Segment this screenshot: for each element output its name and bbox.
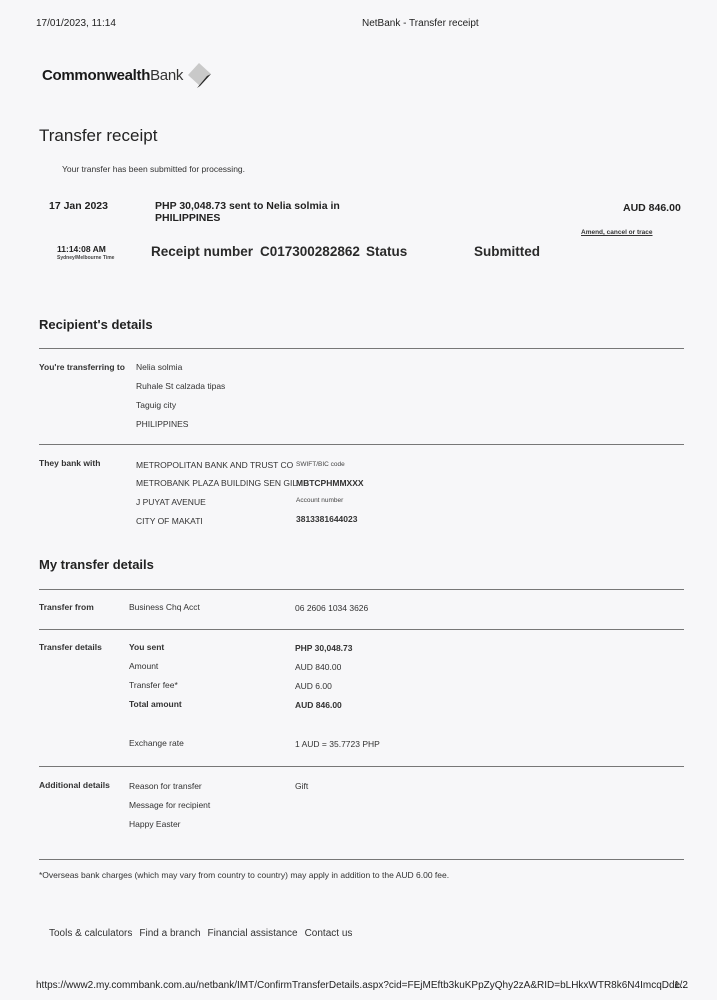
divider <box>39 859 684 860</box>
timezone-label: Sydney/Melbourne Time <box>57 255 114 261</box>
transfer-fee-label: Transfer fee* <box>129 680 178 690</box>
exchange-rate-value: 1 AUD = 35.7723 PHP <box>295 739 380 749</box>
transfer-details-label: Transfer details <box>39 642 102 652</box>
transfer-date: 17 Jan 2023 <box>49 200 108 212</box>
receipt-number: C017300282862 <box>260 244 360 259</box>
logo-text-bold: Commonwealth <box>42 67 150 84</box>
transfer-fee-value: AUD 6.00 <box>295 681 332 691</box>
footer-link-financial-assistance[interactable]: Financial assistance <box>208 928 298 939</box>
receipt-number-label: Receipt number <box>151 244 253 259</box>
transfer-description: PHP 30,048.73 sent to Nelia solmia in PH… <box>155 200 385 224</box>
recipient-street: Ruhale St calzada tipas <box>136 381 225 391</box>
bank-with-label: They bank with <box>39 458 100 468</box>
print-title: NetBank - Transfer receipt <box>362 18 479 29</box>
bank-address-3: CITY OF MAKATI <box>136 516 203 526</box>
recipient-section-title: Recipient's details <box>39 317 153 332</box>
transfer-time: 11:14:08 AM <box>57 244 106 254</box>
fee-footnote: *Overseas bank charges (which may vary f… <box>39 870 449 880</box>
you-sent-label: You sent <box>129 642 164 652</box>
commbank-logo[interactable]: CommonwealthBank <box>42 62 212 88</box>
bank-address-2: J PUYAT AVENUE <box>136 497 206 507</box>
status-value: Submitted <box>474 244 540 259</box>
transfer-from-label: Transfer from <box>39 602 94 612</box>
transfer-description-line1: PHP 30,048.73 sent to Nelia solmia in <box>155 200 385 212</box>
status-label: Status <box>366 244 407 259</box>
divider <box>39 629 684 630</box>
print-url: https://www2.my.commbank.com.au/netbank/… <box>36 980 688 991</box>
message-label: Message for recipient <box>129 800 210 810</box>
reason-label: Reason for transfer <box>129 781 202 791</box>
recipient-country: PHILIPPINES <box>136 419 188 429</box>
divider <box>39 348 684 349</box>
recipient-city: Taguig city <box>136 400 176 410</box>
additional-details-label: Additional details <box>39 780 110 790</box>
divider <box>39 766 684 767</box>
swift-label: SWIFT/BIC code <box>296 461 345 468</box>
account-number-label: Account number <box>296 497 343 504</box>
total-amount-value: AUD 846.00 <box>295 700 342 710</box>
amount-label: Amount <box>129 661 158 671</box>
from-account-number: 06 2606 1034 3626 <box>295 603 368 613</box>
bank-name: METROPOLITAN BANK AND TRUST CO <box>136 460 293 470</box>
print-datetime: 17/01/2023, 11:14 <box>36 18 116 29</box>
total-amount-label: Total amount <box>129 699 182 709</box>
swift-value: MBTCPHMMXXX <box>296 478 364 488</box>
from-account-name: Business Chq Acct <box>129 602 200 612</box>
account-number-value: 3813381644023 <box>296 514 357 524</box>
you-sent-value: PHP 30,048.73 <box>295 643 353 653</box>
reason-value: Gift <box>295 781 308 791</box>
submitted-message: Your transfer has been submitted for pro… <box>62 164 245 174</box>
amend-cancel-trace-link[interactable]: Amend, cancel or trace <box>581 229 653 236</box>
transferring-to-label: You're transferring to <box>39 362 125 372</box>
amount-value: AUD 840.00 <box>295 662 341 672</box>
message-value: Happy Easter <box>129 819 181 829</box>
logo-text-light: Bank <box>150 67 183 84</box>
footer-link-contact-us[interactable]: Contact us <box>305 928 353 939</box>
my-transfer-section-title: My transfer details <box>39 557 154 572</box>
footer-link-find-branch[interactable]: Find a branch <box>139 928 200 939</box>
divider <box>39 444 684 445</box>
bank-address-1: METROBANK PLAZA BUILDING SEN GIL <box>136 478 297 488</box>
footer-link-tools-calculators[interactable]: Tools & calculators <box>49 928 132 939</box>
exchange-rate-label: Exchange rate <box>129 738 184 748</box>
recipient-name: Nelia solmia <box>136 362 182 372</box>
divider <box>39 589 684 590</box>
footer-nav: Tools & calculators Find a branch Financ… <box>49 928 352 939</box>
page-title: Transfer receipt <box>39 126 157 146</box>
transfer-description-line2: PHILIPPINES <box>155 212 385 224</box>
print-page-number: 1/2 <box>674 980 688 991</box>
diamond-logo-icon <box>186 62 212 88</box>
transfer-amount: AUD 846.00 <box>623 202 681 214</box>
